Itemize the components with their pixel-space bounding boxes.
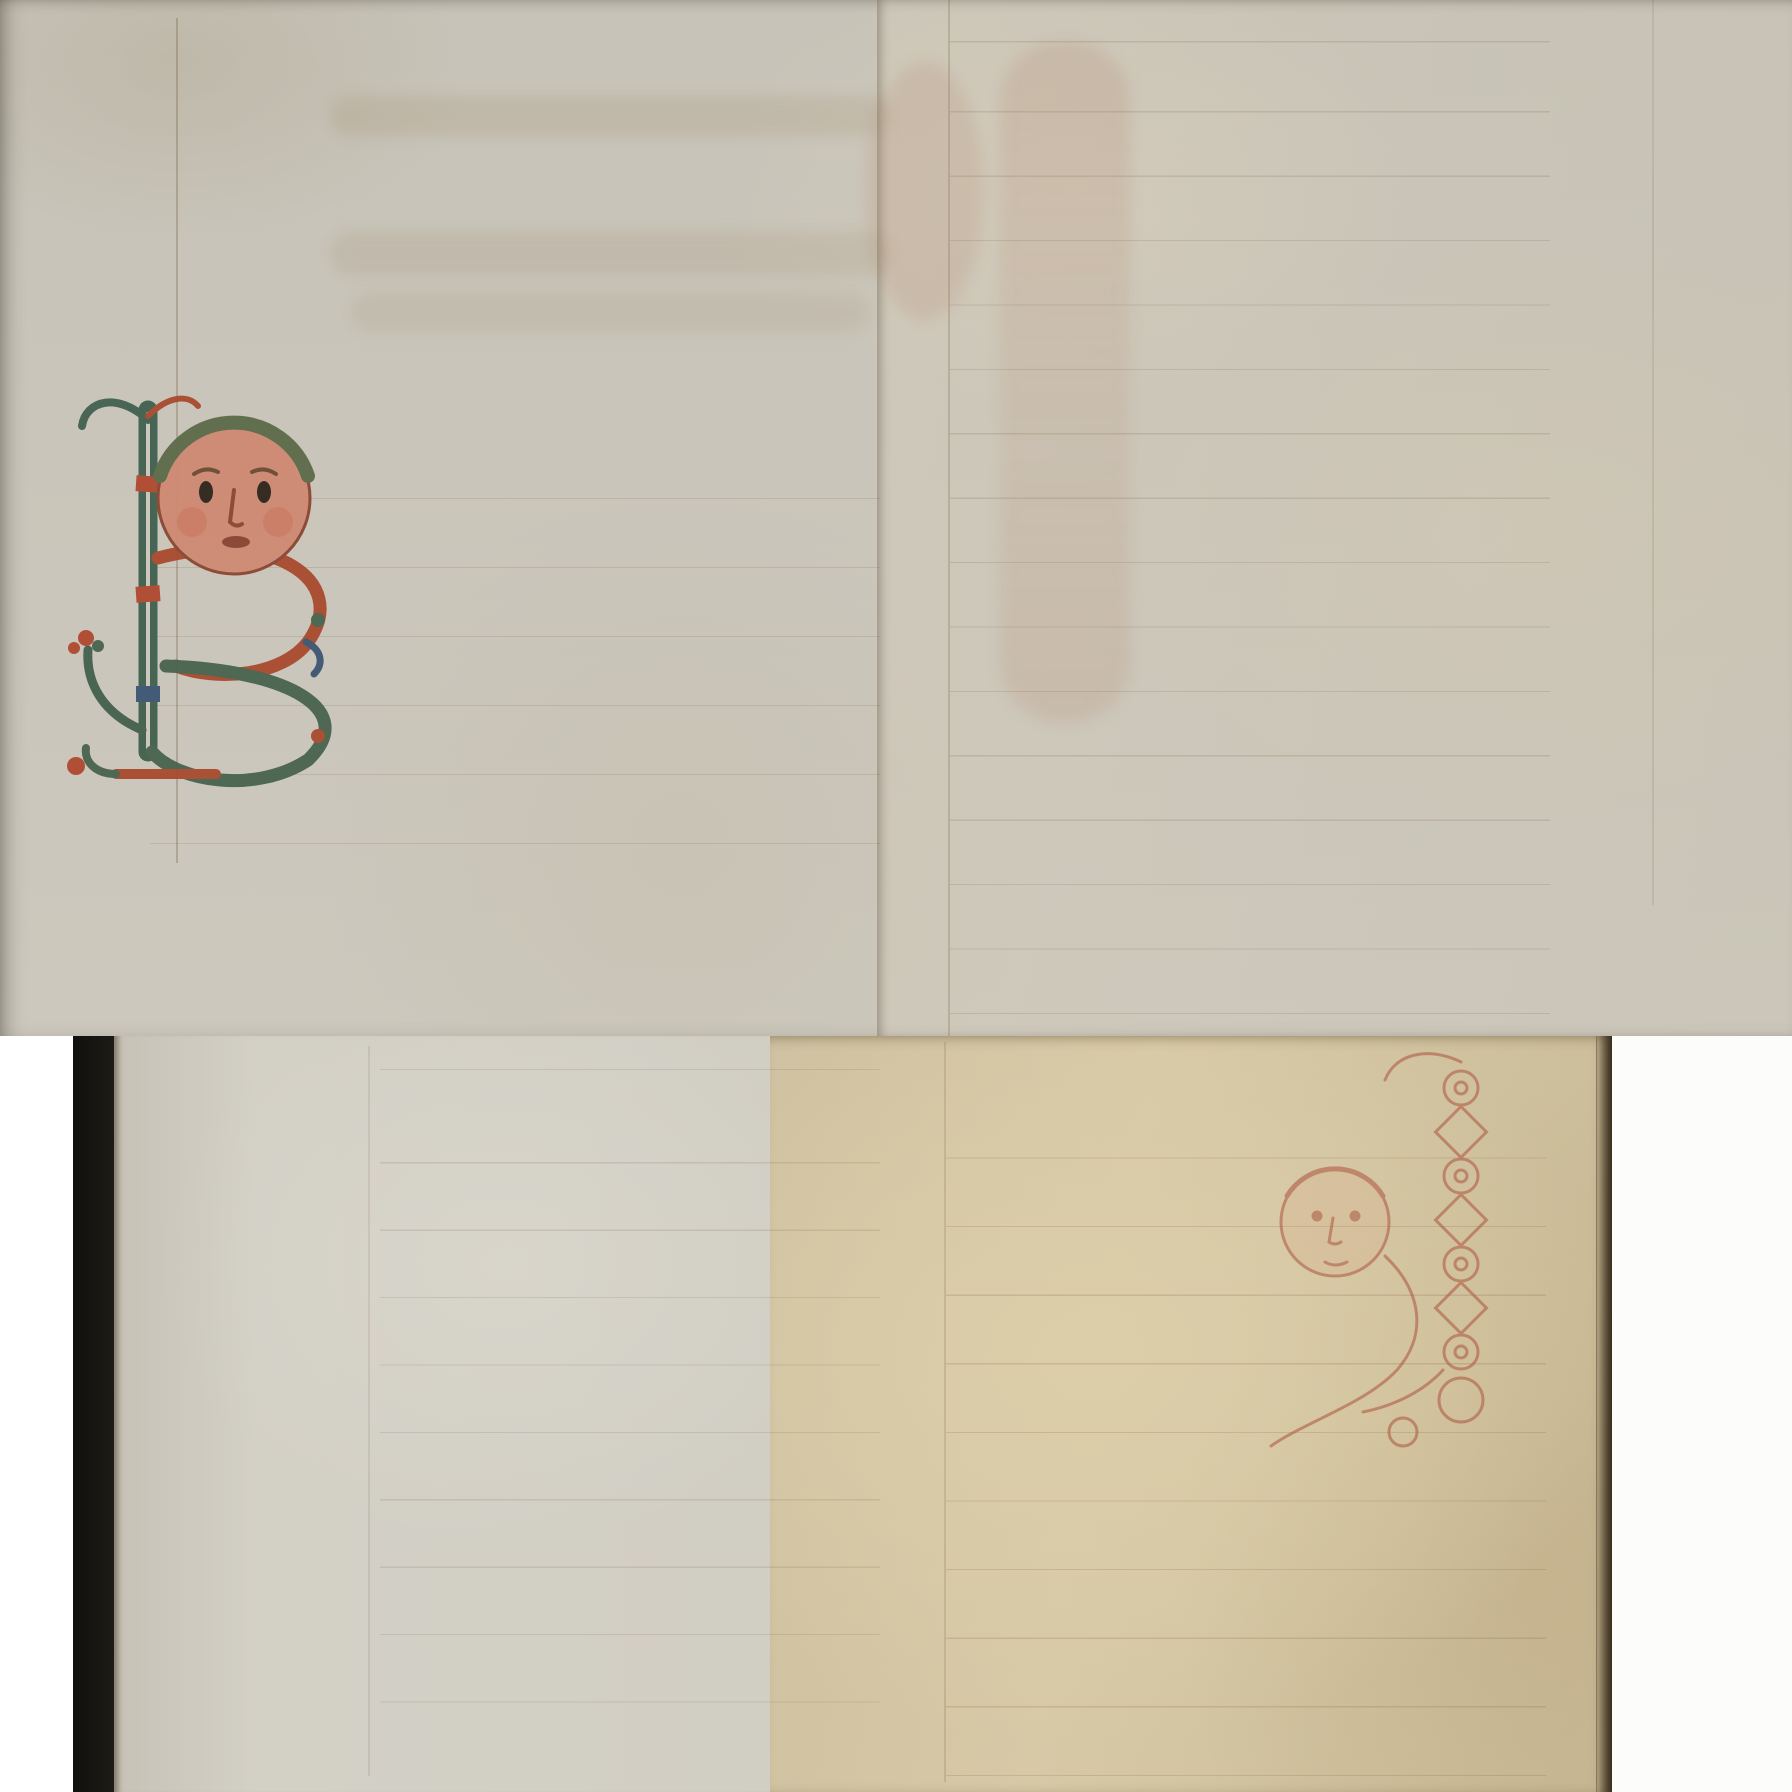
bottom-left-page	[114, 1036, 770, 1792]
bleedthrough-smudge	[330, 232, 890, 276]
scan-background	[0, 1036, 73, 1792]
gutter-seam	[877, 0, 1792, 1036]
bleedthrough-smudge	[330, 96, 890, 136]
manuscript-photo-composite	[0, 0, 1792, 1792]
ruling-line	[1652, 0, 1654, 905]
scan-background	[1612, 1036, 1792, 1792]
ruling-line	[368, 1046, 370, 1776]
book-binding-edge	[73, 1036, 114, 1792]
bleedthrough-smudge	[350, 292, 870, 332]
ruling-line	[944, 1042, 946, 1782]
bottom-spread-photo	[0, 1036, 1792, 1792]
ruling-line	[948, 0, 950, 1036]
ornamental-initial-red	[1243, 1040, 1575, 1448]
page-edge	[1596, 1036, 1612, 1792]
top-spread-photo	[0, 0, 1792, 1036]
illuminated-initial-V	[56, 380, 428, 796]
